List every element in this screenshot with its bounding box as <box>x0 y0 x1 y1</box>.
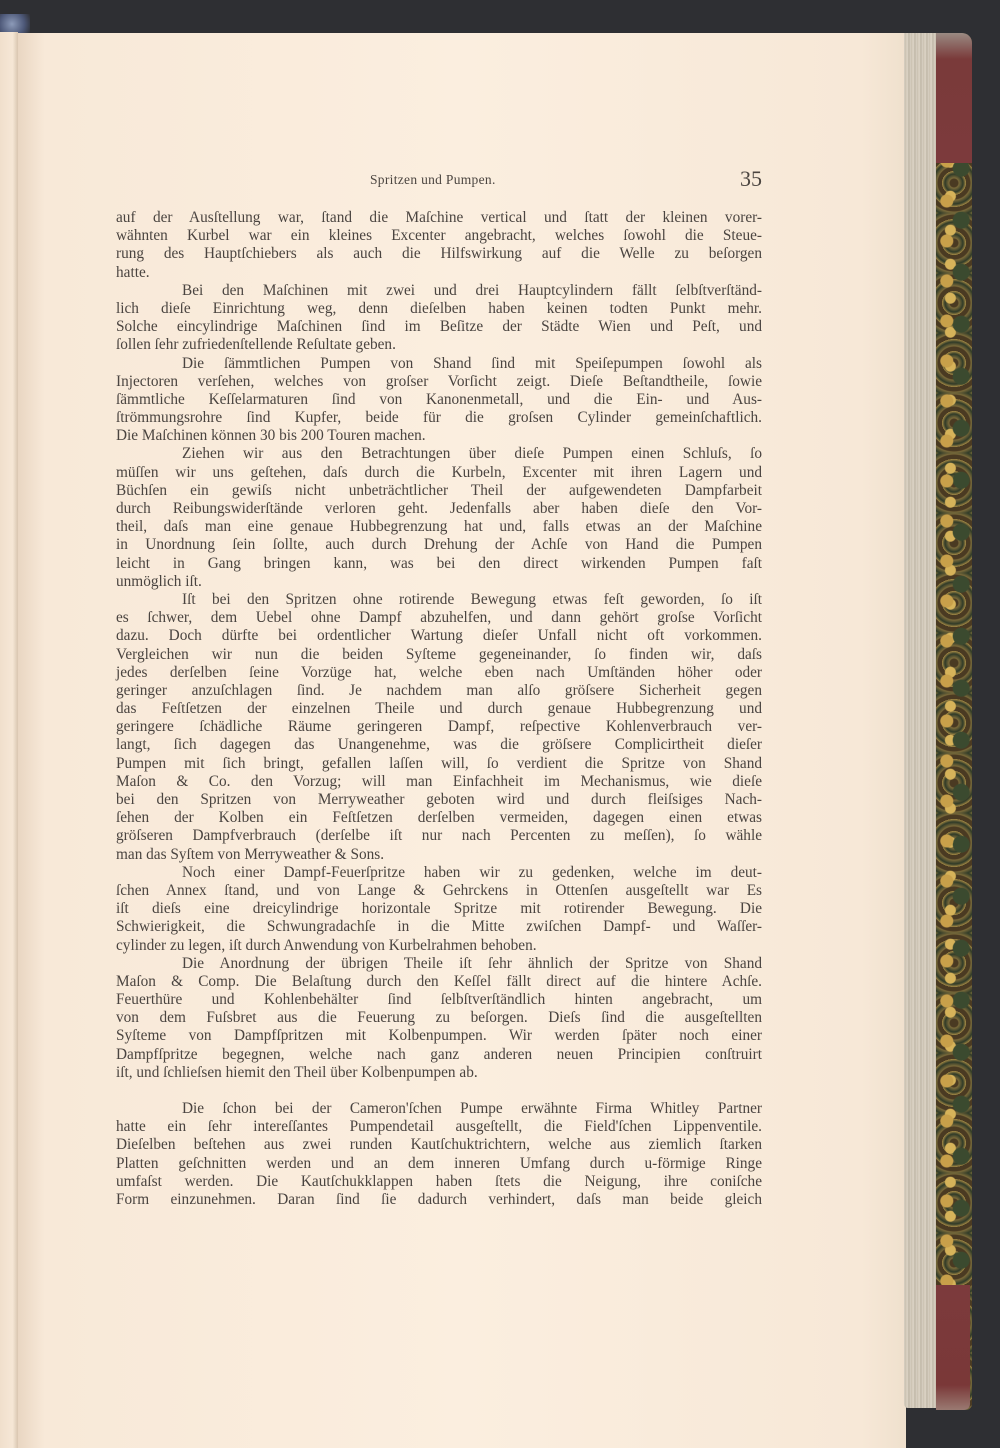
text-line: dazu. Doch dürfte bei ordentlicher Wartu… <box>116 627 762 645</box>
text-line: unmöglich iſt. <box>116 573 762 591</box>
text-line: Dieſelben beſtehen aus zwei runden Kautſ… <box>116 1136 762 1154</box>
text-line: Syſteme von Dampfſpritzen mit Kolbenpump… <box>116 1027 762 1045</box>
text-line: Platten geſchnitten werden und an dem in… <box>116 1155 762 1173</box>
body-text: auf der Ausſtellung war, ſtand die Maſch… <box>116 209 762 1209</box>
text-line: Pumpen mit ſich bringt, gefallen laſſen … <box>116 755 762 773</box>
text-line: gröſseren Dampfverbrauch (derſelbe iſt n… <box>116 827 762 845</box>
text-line: umfaſst werden. Die Kautſchukklappen hab… <box>116 1173 762 1191</box>
text-line: lich dieſe Einrichtung weg, denn dieſelb… <box>116 300 762 318</box>
paragraph: Noch einer Dampf-Feuerſpritze haben wir … <box>116 864 762 955</box>
text-line: Dampfſpritze begegnen, welche nach ganz … <box>116 1046 762 1064</box>
left-cover-corner <box>0 14 30 34</box>
text-line: Die ſchon bei der Cameron'ſchen Pumpe er… <box>116 1100 762 1118</box>
text-line: hatte ein ſehr intereſſantes Pumpendetai… <box>116 1118 762 1136</box>
text-line: ſämmtliche Keſſelarmaturen ſind von Kano… <box>116 391 762 409</box>
text-line: bei den Spritzen von Merryweather gebote… <box>116 791 762 809</box>
text-line: in Unordnung ſein ſollte, auch durch Dre… <box>116 536 762 554</box>
text-line: leicht in Gang bringen kann, was bei den… <box>116 555 762 573</box>
page-stack-edge <box>904 33 938 1408</box>
text-line: Vergleichen wir nun die beiden Syſteme g… <box>116 646 762 664</box>
running-head: Spritzen und Pumpen. 35 <box>0 172 1000 192</box>
paragraph: Ziehen wir aus den Betrachtungen über di… <box>116 445 762 591</box>
text-line: ſchen Annex ſtand, und von Lange & Gehrc… <box>116 882 762 900</box>
text-line: jedes derſelben ſeine Vorzüge hat, welch… <box>116 664 762 682</box>
text-line: Iſt bei den Spritzen ohne rotirende Bewe… <box>116 591 762 609</box>
text-line: geringere ſchädliche Räume geringeren Da… <box>116 718 762 736</box>
text-line: Injectoren verſehen, welches von groſser… <box>116 373 762 391</box>
text-line: Bei den Maſchinen mit zwei und drei Haup… <box>116 282 762 300</box>
text-line: hatte. <box>116 264 762 282</box>
text-line: Feuerthüre und Kohlenbehälter ſind ſelbſ… <box>116 991 762 1009</box>
text-line: auf der Ausſtellung war, ſtand die Maſch… <box>116 209 762 227</box>
paragraph: Iſt bei den Spritzen ohne rotirende Bewe… <box>116 591 762 864</box>
text-line: ſehen der Kolben ein Feſtſetzen derſelbe… <box>116 809 762 827</box>
text-line: geringer anzuſchlagen ſind. Je nachdem m… <box>116 682 762 700</box>
text-line: iſt, und ſchlieſsen hiemit den Theil übe… <box>116 1064 762 1082</box>
leather-corner-bottom <box>936 1285 970 1410</box>
text-line: es ſchwer, dem Uebel ohne Dampf abzuhelf… <box>116 609 762 627</box>
text-line: cylinder zu legen, iſt durch Anwendung v… <box>116 937 762 955</box>
text-line: rung des Hauptſchiebers als auch die Hil… <box>116 245 762 263</box>
text-line: iſt dieſs eine dreicylindrige horizontal… <box>116 900 762 918</box>
facing-page-edge <box>0 32 18 1448</box>
text-line: Form einzunehmen. Daran ſind ſie dadurch… <box>116 1191 762 1209</box>
text-line: langt, ſich dagegen das Unangenehme, was… <box>116 736 762 754</box>
text-line: Schwierigkeit, die Schwungradachſe in di… <box>116 918 762 936</box>
marbled-cover-edge <box>936 33 972 1410</box>
paragraph: Die ſchon bei der Cameron'ſchen Pumpe er… <box>116 1100 762 1209</box>
text-line: Ziehen wir aus den Betrachtungen über di… <box>116 445 762 463</box>
text-line: ſollen ſehr zufriedenſtellende Reſultate… <box>116 336 762 354</box>
text-line: man das Syſtem von Merryweather & Sons. <box>116 846 762 864</box>
paragraph: auf der Ausſtellung war, ſtand die Maſch… <box>116 209 762 282</box>
running-title: Spritzen und Pumpen. <box>370 172 496 188</box>
text-line: Solche eincylindrige Maſchinen ſind im B… <box>116 318 762 336</box>
paragraph: Die ſämmtlichen Pumpen von Shand ſind mi… <box>116 355 762 446</box>
text-line: von dem Fuſsbret aus die Feuerung zu beſ… <box>116 1009 762 1027</box>
text-line: Die ſämmtlichen Pumpen von Shand ſind mi… <box>116 355 762 373</box>
text-line: wähnten Kurbel war ein kleines Excenter … <box>116 227 762 245</box>
leather-corner-top <box>936 33 972 163</box>
text-line: müſſen wir uns geſtehen, daſs durch die … <box>116 464 762 482</box>
text-line: theil, daſs man eine genaue Hubbegrenzun… <box>116 518 762 536</box>
text-line: Die Maſchinen können 30 bis 200 Touren m… <box>116 427 762 445</box>
text-line: ſtrömmungsrohre ſind Kupfer, beide für d… <box>116 409 762 427</box>
text-line: Noch einer Dampf-Feuerſpritze haben wir … <box>116 864 762 882</box>
page-number: 35 <box>740 166 762 192</box>
paragraph-gap <box>116 1082 762 1100</box>
text-line: Die Anordnung der übrigen Theile iſt ſeh… <box>116 955 762 973</box>
text-line: Maſon & Comp. Die Belaſtung durch den Ke… <box>116 973 762 991</box>
text-line: Maſon & Co. den Vorzug; will man Einfach… <box>116 773 762 791</box>
text-line: durch Reibungswiderſtände verloren geht.… <box>116 500 762 518</box>
text-line: Büchſen ein gewiſs nicht unbeträchtliche… <box>116 482 762 500</box>
paragraph: Bei den Maſchinen mit zwei und drei Haup… <box>116 282 762 355</box>
text-line: das Feſtſetzen der einzelnen Theile und … <box>116 700 762 718</box>
paragraph: Die Anordnung der übrigen Theile iſt ſeh… <box>116 955 762 1082</box>
